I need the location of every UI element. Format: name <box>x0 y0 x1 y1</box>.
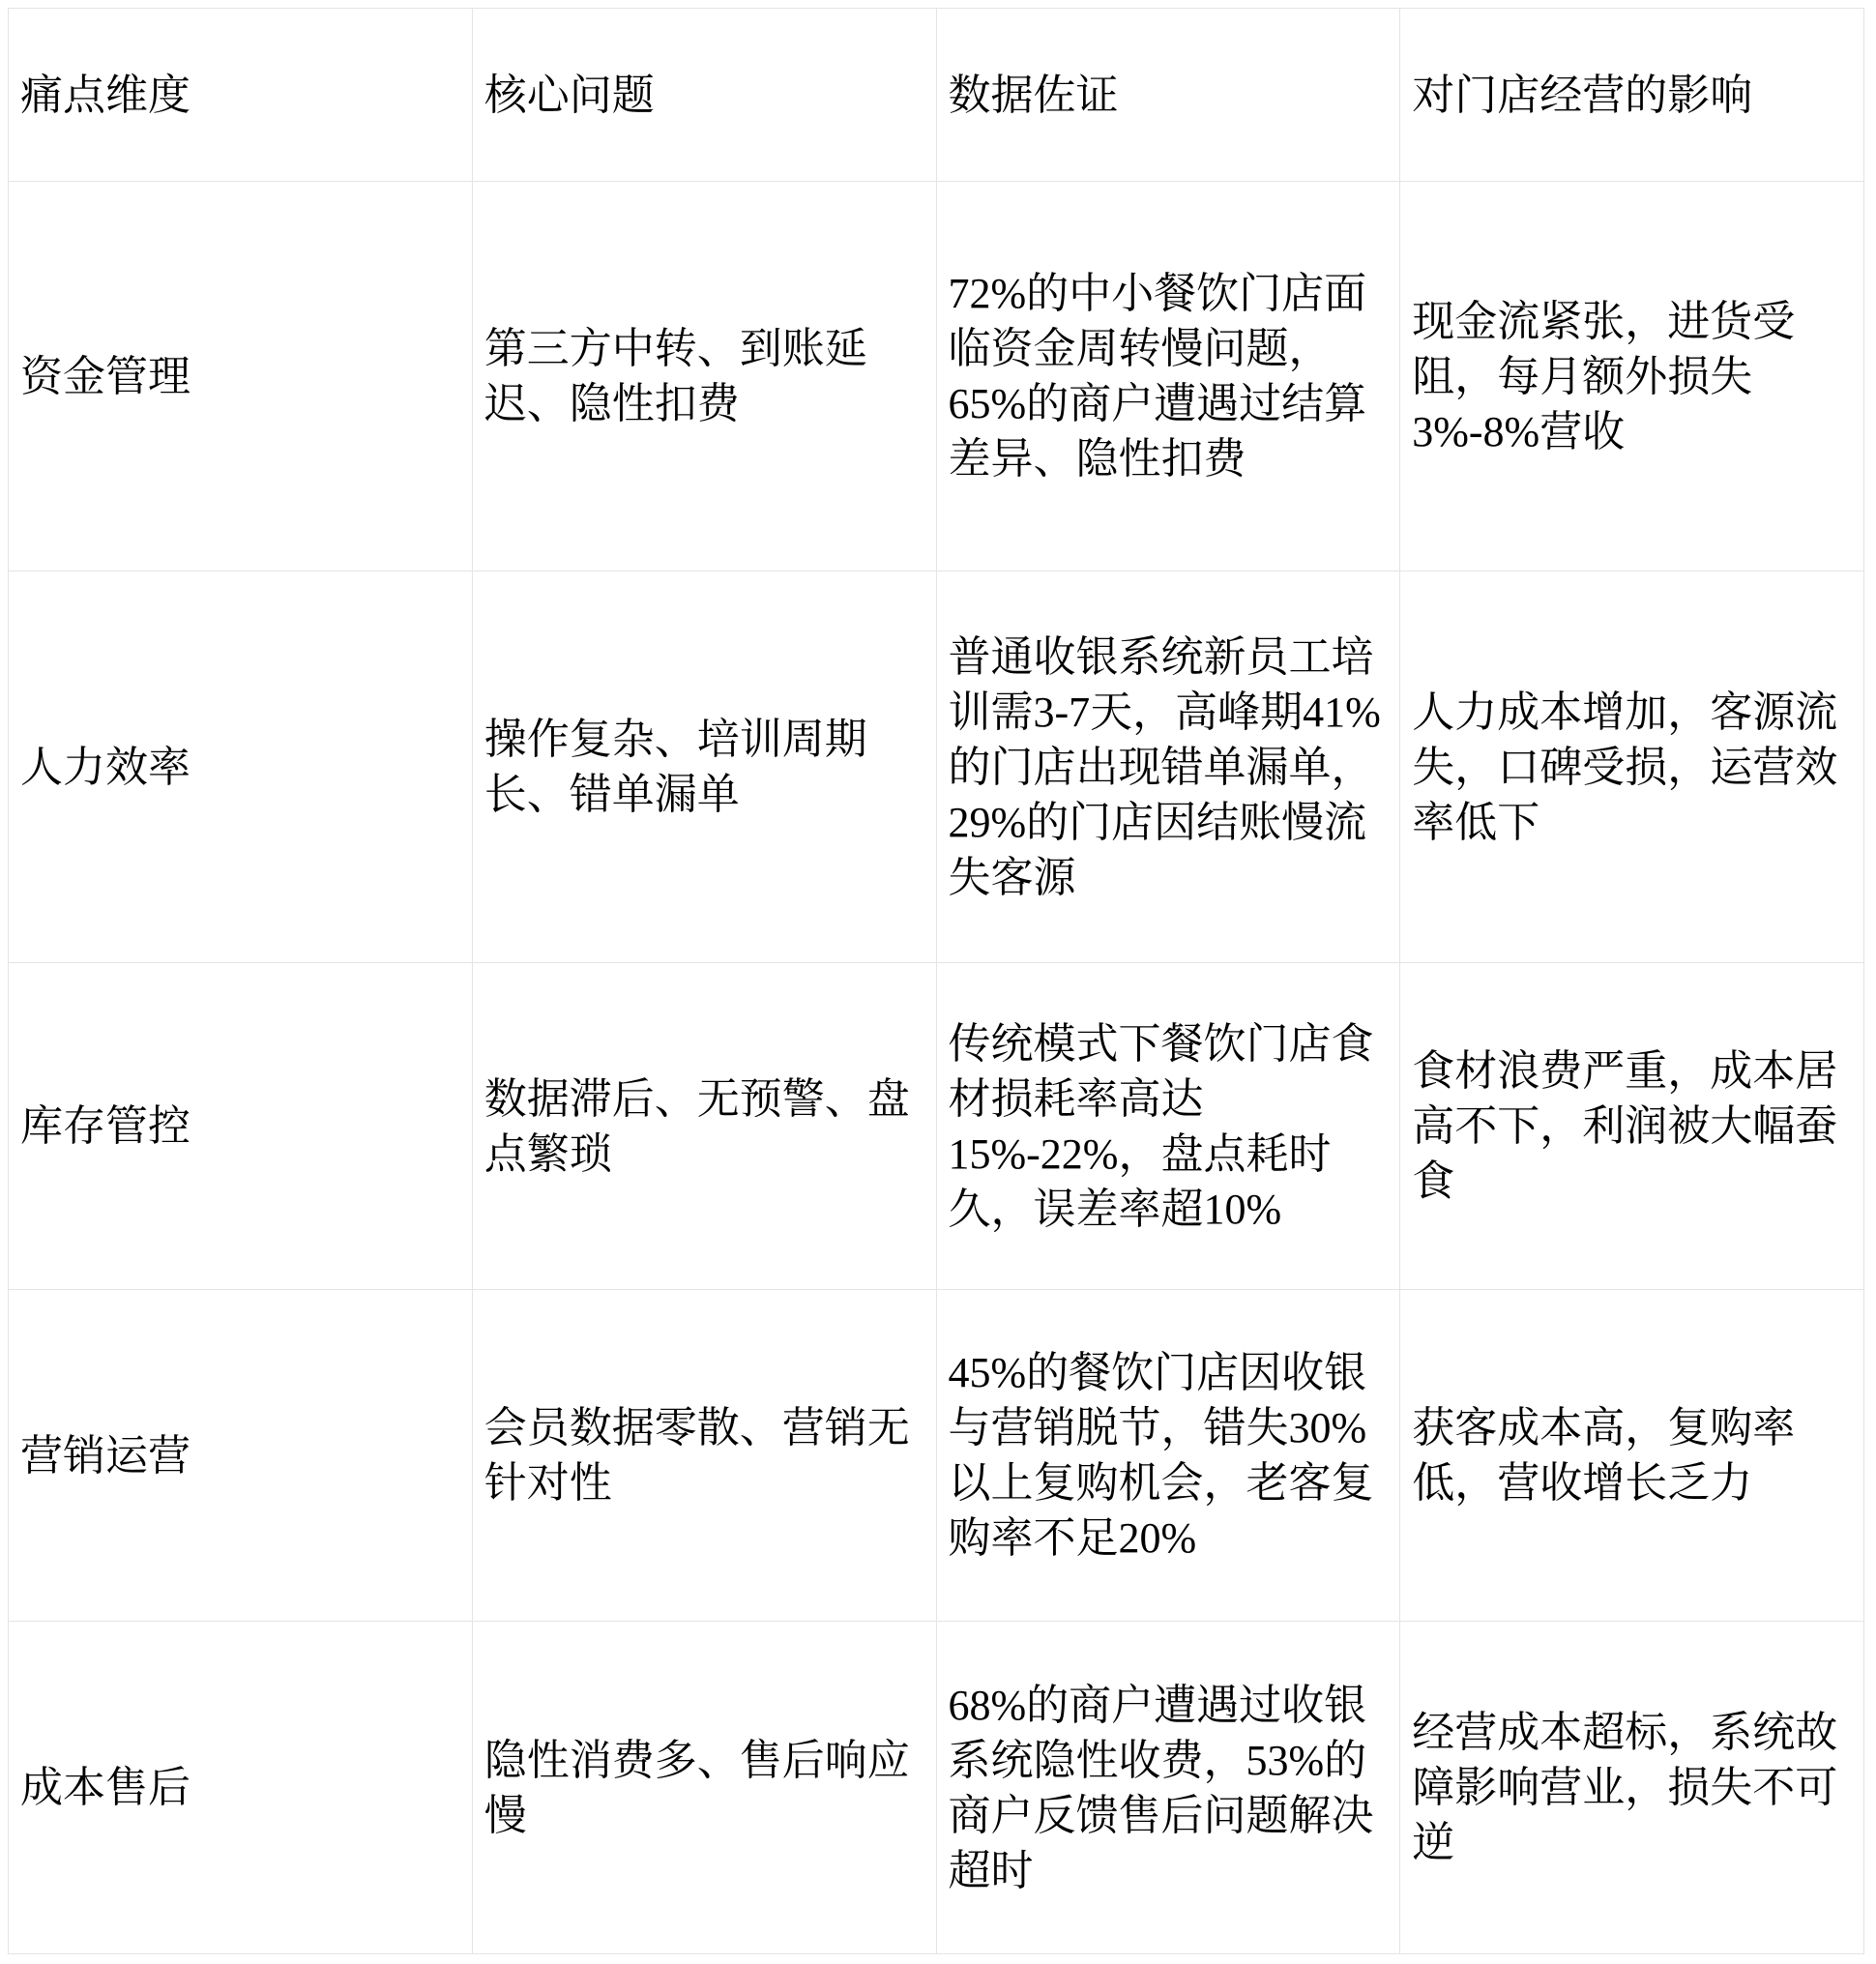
cell-dimension: 库存管控 <box>9 963 473 1290</box>
cell-impact: 人力成本增加，客源流失，口碑受损，运营效率低下 <box>1400 572 1864 963</box>
cell-problem: 数据滞后、无预警、盘点繁琐 <box>472 963 936 1290</box>
cell-impact: 食材浪费严重，成本居高不下，利润被大幅蚕食 <box>1400 963 1864 1290</box>
table-row-labor-efficiency: 人力效率 操作复杂、培训周期长、错单漏单 普通收银系统新员工培训需3-7天，高峰… <box>9 572 1864 963</box>
table-row-cost-aftersales: 成本售后 隐性消费多、售后响应慢 68%的商户遭遇过收银系统隐性收费，53%的商… <box>9 1622 1864 1954</box>
cell-problem: 隐性消费多、售后响应慢 <box>472 1622 936 1954</box>
header-cell-core-problem: 核心问题 <box>472 9 936 182</box>
page-container: 痛点维度 核心问题 数据佐证 对门店经营的影响 资金管理 第三方中转、到账延迟、… <box>0 0 1876 1964</box>
cell-evidence: 45%的餐饮门店因收银与营销脱节，错失30%以上复购机会，老客复购率不足20% <box>936 1290 1400 1622</box>
cell-evidence: 传统模式下餐饮门店食材损耗率高达15%-22%，盘点耗时久，误差率超10% <box>936 963 1400 1290</box>
pain-points-table: 痛点维度 核心问题 数据佐证 对门店经营的影响 资金管理 第三方中转、到账延迟、… <box>8 8 1864 1954</box>
header-cell-store-impact: 对门店经营的影响 <box>1400 9 1864 182</box>
cell-dimension: 人力效率 <box>9 572 473 963</box>
cell-dimension: 成本售后 <box>9 1622 473 1954</box>
cell-problem: 第三方中转、到账延迟、隐性扣费 <box>472 182 936 572</box>
table-header-row: 痛点维度 核心问题 数据佐证 对门店经营的影响 <box>9 9 1864 182</box>
header-cell-data-evidence: 数据佐证 <box>936 9 1400 182</box>
cell-evidence: 72%的中小餐饮门店面临资金周转慢问题，65%的商户遭遇过结算差异、隐性扣费 <box>936 182 1400 572</box>
table-row-marketing-operation: 营销运营 会员数据零散、营销无针对性 45%的餐饮门店因收银与营销脱节，错失30… <box>9 1290 1864 1622</box>
cell-dimension: 营销运营 <box>9 1290 473 1622</box>
cell-impact: 获客成本高，复购率低，营收增长乏力 <box>1400 1290 1864 1622</box>
cell-problem: 会员数据零散、营销无针对性 <box>472 1290 936 1622</box>
header-cell-pain-dimension: 痛点维度 <box>9 9 473 182</box>
cell-evidence: 68%的商户遭遇过收银系统隐性收费，53%的商户反馈售后问题解决超时 <box>936 1622 1400 1954</box>
table-row-inventory-control: 库存管控 数据滞后、无预警、盘点繁琐 传统模式下餐饮门店食材损耗率高达15%-2… <box>9 963 1864 1290</box>
cell-evidence: 普通收银系统新员工培训需3-7天，高峰期41%的门店出现错单漏单，29%的门店因… <box>936 572 1400 963</box>
cell-dimension: 资金管理 <box>9 182 473 572</box>
cell-impact: 现金流紧张，进货受阻，每月额外损失3%-8%营收 <box>1400 182 1864 572</box>
cell-impact: 经营成本超标，系统故障影响营业，损失不可逆 <box>1400 1622 1864 1954</box>
table-row-fund-management: 资金管理 第三方中转、到账延迟、隐性扣费 72%的中小餐饮门店面临资金周转慢问题… <box>9 182 1864 572</box>
cell-problem: 操作复杂、培训周期长、错单漏单 <box>472 572 936 963</box>
